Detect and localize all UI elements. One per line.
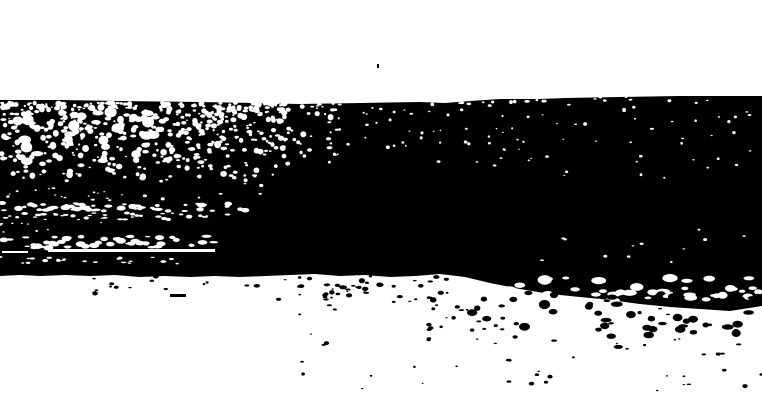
ground-dash-left (170, 294, 186, 297)
sky-dot (377, 64, 379, 68)
light-streak-thin-line (48, 249, 215, 252)
light-streak-thin-line-left (2, 251, 28, 253)
photo-frame (0, 0, 762, 395)
binarized-landscape-photo (0, 0, 762, 395)
